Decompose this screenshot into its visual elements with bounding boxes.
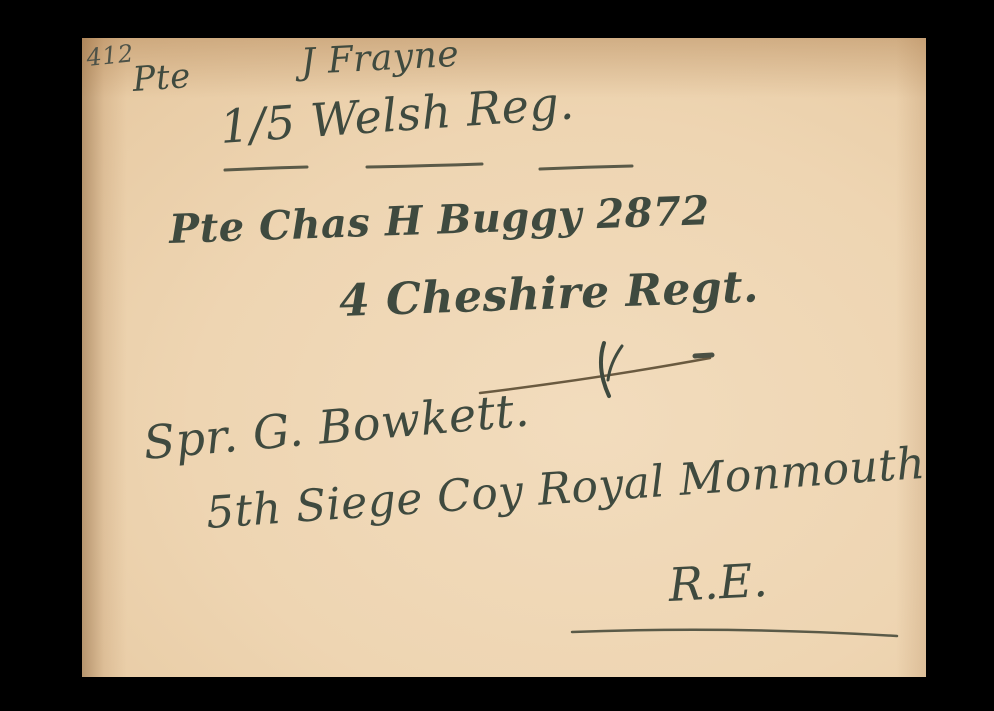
underline-1 (225, 167, 307, 170)
album-page: 412 Pte J Frayne 1/5 Welsh Reg. Pte Chas… (82, 38, 926, 677)
underline-bottom (572, 630, 897, 636)
entry-1-unit: 1/5 Welsh Reg. (218, 75, 576, 154)
page-number-note: 412 (85, 39, 135, 72)
cross-stroke-2 (608, 346, 622, 380)
entry-2-name: Pte Chas H Buggy 2872 (168, 187, 710, 253)
underline-3 (540, 166, 632, 169)
entry-3-name: Spr. G. Bowkett. (141, 382, 531, 470)
entry-1-rank: Pte (131, 56, 192, 100)
entry-2-unit: 4 Cheshire Regt. (338, 261, 759, 327)
image-frame: 412 Pte J Frayne 1/5 Welsh Reg. Pte Chas… (0, 0, 994, 711)
underline-2 (367, 164, 482, 167)
entry-3-unit-suffix: R.E. (667, 553, 769, 612)
arrow-head (695, 355, 712, 356)
cross-stroke-1 (601, 343, 609, 396)
entry-1-name: J Frayne (300, 38, 460, 83)
